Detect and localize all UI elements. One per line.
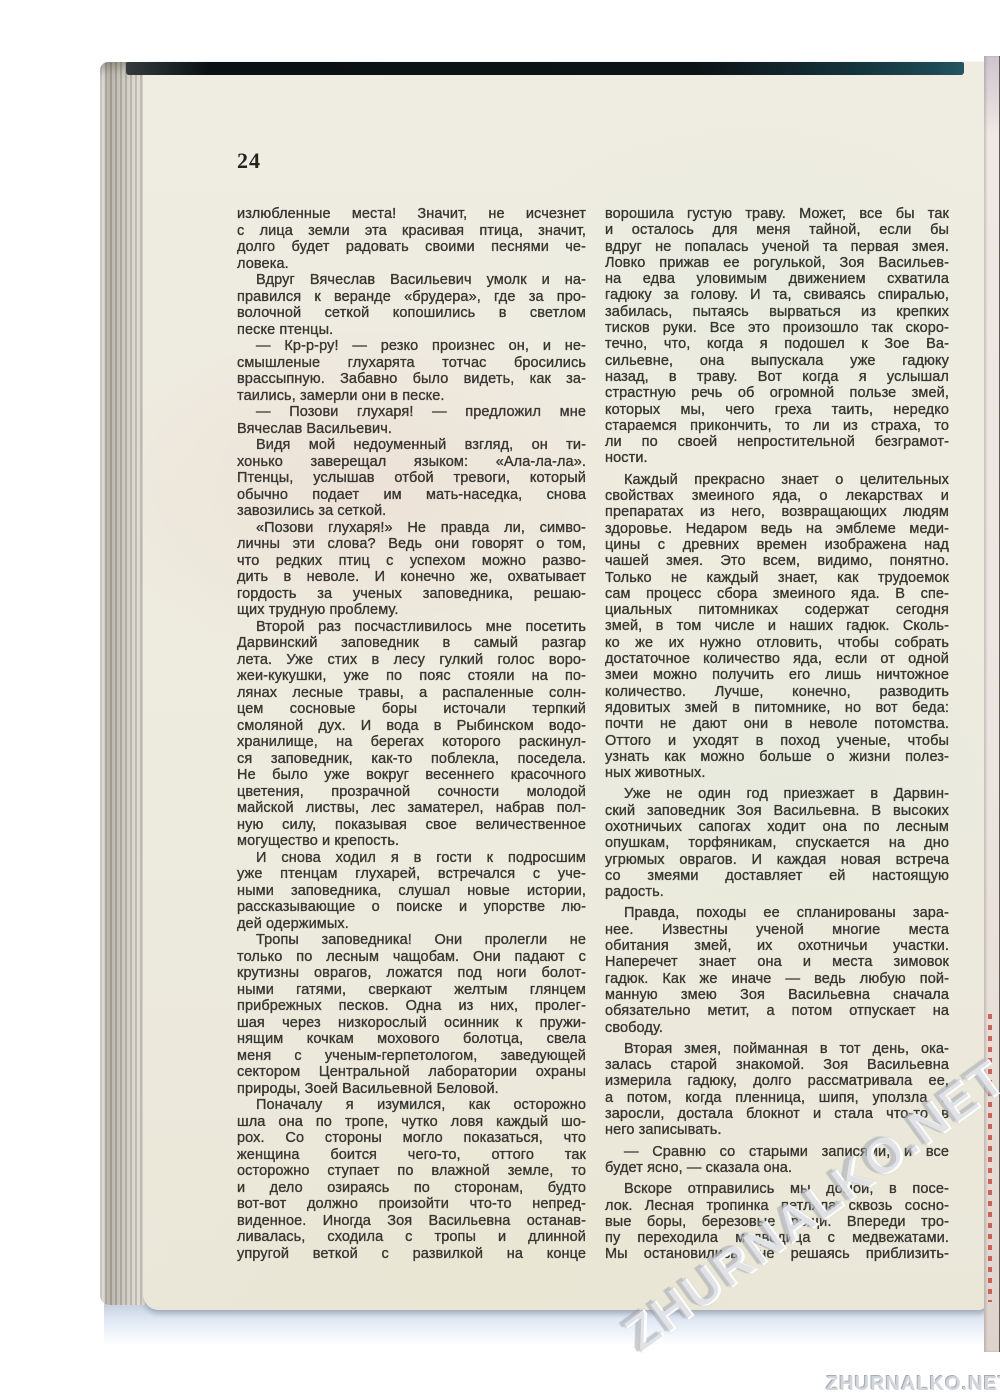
paragraph: Правда, походы ее спланированы зара-нее.…	[605, 905, 949, 1035]
text-line: дить в неволе. И конечно же, охватывает	[237, 569, 586, 586]
text-line: Уже не один год приезжает в Дарвин-	[605, 786, 949, 802]
paragraph: — Сравню со старыми записями, и всебудет…	[605, 1144, 949, 1177]
text-line: сектором Центральной лаборатории охраны	[237, 1064, 586, 1081]
text-line: ядовитых змей в питомнике, но вот беда:	[605, 700, 949, 716]
text-line: свободу.	[605, 1020, 949, 1036]
text-line: И снова ходил я в гости к подросшим	[237, 850, 586, 867]
text-line: опушкам, торфяникам, спускается на дно	[605, 835, 949, 851]
text-line: ский заповедник Зоя Васильевна. В высоки…	[605, 803, 949, 819]
text-line: нее. Известны ученой многие места	[605, 922, 949, 938]
text-line: залась старой знакомой. Зоя Васильевна	[605, 1057, 949, 1073]
paragraph: излюбленные места! Значит, не исчезнетс …	[237, 206, 586, 272]
text-line: обычно подает им мать-наседка, снова	[237, 487, 586, 504]
text-line: Каждый прекрасно знает о целительных	[605, 472, 949, 488]
text-line: Мы остановились, не решаясь приблизить-	[605, 1246, 949, 1262]
text-line: ливалась, сходила с тропы и длинной	[237, 1229, 586, 1246]
text-line: угрюмых оврагов. И каждая новая встреча	[605, 852, 949, 868]
text-line: стараемся прикончить, то ли из страха, т…	[605, 418, 949, 434]
text-line: с лица земли эта красивая птица, значит,	[237, 223, 586, 240]
text-line: крутизны оврагов, ложатся под ноги болот…	[237, 965, 586, 982]
text-line: волочной сеткой копошились в светлом	[237, 305, 586, 322]
text-line: заросли, достала блокнот и стала что-то …	[605, 1106, 949, 1122]
text-line: Правда, походы ее спланированы зара-	[605, 905, 949, 921]
text-line: узнать как можно больше о жизни полез-	[605, 749, 949, 765]
text-line: завозились за сеткой.	[237, 503, 586, 520]
paragraph: Вторая змея, пойманная в тот день, ока-з…	[605, 1041, 949, 1139]
text-line: количество. Лучше, конечно, разводить	[605, 684, 949, 700]
text-line: ся заповедник, как-то поблекла, поседела…	[237, 751, 586, 768]
paragraph: — Кр-р-ру! — резко произнес он, и не-смы…	[237, 338, 586, 404]
text-line: могущество и крепость.	[237, 833, 586, 850]
book-spine-edge	[100, 62, 146, 1305]
text-line: гордость за ученых заповедника, решаю-	[237, 586, 586, 603]
paragraph: ворошила густую траву. Может, все бы так…	[605, 206, 949, 467]
paragraph: Уже не один год приезжает в Дарвин-ский …	[605, 786, 949, 900]
paragraph: Второй раз посчастливилось мне посетитьД…	[237, 619, 586, 850]
text-line: ными заповедника, слушал новые истории,	[237, 883, 586, 900]
text-line: шла она по тропе, чутко ловя каждый шо-	[237, 1114, 586, 1131]
text-line: ворошила густую траву. Может, все бы так	[605, 206, 949, 222]
paragraph: «Позови глухаря!» Не правда ли, симво-ли…	[237, 520, 586, 619]
text-line: лета. Уже стих в лесу гулкий голос воро-	[237, 652, 586, 669]
text-line: змеи можно получить его лишь ничтожное	[605, 667, 949, 683]
text-line: ную силу, показывая свое величественное	[237, 817, 586, 834]
text-line: гадюк. Как же иначе — ведь любую пой-	[605, 971, 949, 987]
text-line: — Сравню со старыми записями, и все	[605, 1144, 949, 1160]
text-line: циальных питомниках содержат сегодня	[605, 602, 949, 618]
paragraph: — Позови глухаря! — предложил мнеВячесла…	[237, 404, 586, 437]
text-line: прибрежных песков. Одна из них, пролег-	[237, 998, 586, 1015]
text-line: рассказывающие о поиске и упорстве лю-	[237, 899, 586, 916]
text-line: осторожно ступает по влажной земле, то	[237, 1163, 586, 1180]
text-line: правился к веранде «брудера», где за про…	[237, 289, 586, 306]
text-line: измерила гадюку, долго рассматривала ее,	[605, 1073, 949, 1089]
text-line: Видя мой недоуменный взгляд, он ти-	[237, 437, 586, 454]
watermark-bottom-right: ZHURNALKO.NET	[826, 1373, 1000, 1396]
text-line: страстную речь об огромной пользе змей,	[605, 385, 949, 401]
text-line: личны эти слова? Ведь они говорят о том,	[237, 536, 586, 553]
text-line: Вдруг Вячеслав Васильевич умолк и на-	[237, 272, 586, 289]
text-line: ли по своей непростительной безграмот-	[605, 434, 949, 450]
text-line: хранилище, на берегах которого раскинул-	[237, 734, 586, 751]
paragraph: Вдруг Вячеслав Васильевич умолк и на-пра…	[237, 272, 586, 338]
text-line: упругой веткой с развилкой на конце	[237, 1246, 586, 1263]
text-line: излюбленные места! Значит, не исчезнет	[237, 206, 586, 223]
text-line: Вячеслав Васильевич.	[237, 421, 586, 438]
text-line: на едва уловимым движением схватила	[605, 271, 949, 287]
fore-edge-red-marks	[988, 1014, 992, 1302]
text-line: «Позови глухаря!» Не правда ли, симво-	[237, 520, 586, 537]
text-line: почти не дают они в неволе потомства.	[605, 716, 949, 732]
text-line: цем сосновые боры источали терпкий	[237, 701, 586, 718]
text-line: со змеями доставляет ей настоящую	[605, 868, 949, 884]
text-line: ных животных.	[605, 765, 949, 781]
text-line: свойствах змеиного яда, о лекарствах и	[605, 488, 949, 504]
text-line: дей одержимых.	[237, 916, 586, 933]
text-line: вые боры, березовые рощи. Впереди тро-	[605, 1214, 949, 1230]
text-line: песке птенцы.	[237, 322, 586, 339]
text-line: сильевне, она выпускала уже гадюку	[605, 353, 949, 369]
fore-edge	[984, 56, 1000, 1352]
text-line: — Позови глухаря! — предложил мне	[237, 404, 586, 421]
text-line: Тропы заповедника! Они пролегли не	[237, 932, 586, 949]
text-line: него записывать.	[605, 1122, 949, 1138]
text-column-left: излюбленные места! Значит, не исчезнетс …	[237, 206, 586, 1262]
text-line: долго будет радовать своими песнями че-	[237, 239, 586, 256]
text-line: Оттого и уходят в поход ученые, чтобы	[605, 733, 949, 749]
text-line: Не было уже вокруг весеннего красочного	[237, 767, 586, 784]
text-line: Только не каждый знает, как трудоемок	[605, 570, 949, 586]
paragraph: И снова ходил я в гости к подросшимуже п…	[237, 850, 586, 933]
text-line: забилась, пытаясь вырваться из крепких	[605, 304, 949, 320]
text-line: радость.	[605, 884, 949, 900]
text-line: таились, замерли они в песке.	[237, 388, 586, 405]
text-line: вдруг не попалась ученой та первая змея.	[605, 239, 949, 255]
text-line: пу переходила медведица с медвежатами.	[605, 1230, 949, 1246]
text-line: смоляной дух. И вода в Рыбинском водо-	[237, 718, 586, 735]
text-line: сам процесс сбора змеиного яда. В спе-	[605, 586, 949, 602]
paragraph: Видя мой недоуменный взгляд, он ти-хоньк…	[237, 437, 586, 520]
text-line: женщина боится чего-то, оттого так	[237, 1147, 586, 1164]
text-line: жеи-кукушки, уже по пояс стояли на по-	[237, 668, 586, 685]
text-line: достаточное количество яда, если от одно…	[605, 651, 949, 667]
text-line: будет ясно, — сказала она.	[605, 1160, 949, 1176]
text-line: хонько заверещал языком: «Ала-ла-ла».	[237, 454, 586, 471]
text-line: нящим кочкам мохового болотца, свела	[237, 1031, 586, 1048]
text-line: уже птенцам глухарей, встречался с уче-	[237, 866, 586, 883]
text-line: тисков руки. Все это произошло так скоро…	[605, 320, 949, 336]
text-line: назад, в траву. Вот когда я услышал	[605, 369, 949, 385]
text-column-right: ворошила густую траву. Может, все бы так…	[605, 206, 949, 1263]
text-line: Второй раз посчастливилось мне посетить	[237, 619, 586, 636]
text-line: гадюку за голову. И та, свиваясь спираль…	[605, 287, 949, 303]
text-line: ко же их нужно отловить, чтобы собрать	[605, 635, 949, 651]
text-line: обитания змей, их охотничьи участки.	[605, 938, 949, 954]
text-line: майской листвы, лес заматерел, набрав по…	[237, 800, 586, 817]
text-line: Наперечет знает она и места зимовок	[605, 954, 949, 970]
text-line: Вскоре отправились мы домой, в посе-	[605, 1181, 949, 1197]
text-line: природы, Зоей Васильевной Беловой.	[237, 1081, 586, 1098]
text-line: шая через низкорослый осинник к пружи-	[237, 1015, 586, 1032]
text-line: врассыпную. Забавно было видеть, как за-	[237, 371, 586, 388]
scanned-magazine-screenshot: 24 излюбленные места! Значит, не исчезне…	[0, 0, 1000, 1397]
text-line: ловека.	[237, 256, 586, 273]
text-line: здоровье. Недаром ведь на эмблеме меди-	[605, 521, 949, 537]
text-line: и осталось для меня тайной, если бы	[605, 222, 949, 238]
text-line: что редких птиц с успехом можно разво-	[237, 553, 586, 570]
text-line: течно, что, когда я подошел к Зое Ва-	[605, 336, 949, 352]
text-line: цветения, прозрачной сочности молодой	[237, 784, 586, 801]
text-line: ными гатями, сверкают желтым глянцем	[237, 982, 586, 999]
text-line: ности.	[605, 450, 949, 466]
text-line: смышленые глухарята тотчас бросились	[237, 355, 586, 372]
text-line: змей, в том числе и наших гадюк. Сколь-	[605, 618, 949, 634]
text-line: цины с древних времен изображена над	[605, 537, 949, 553]
text-line: и дело озираясь по сторонам, будто	[237, 1180, 586, 1197]
text-line: препаратах из него, возвращающих людям	[605, 504, 949, 520]
text-line: манную змею Зоя Васильевна сначала	[605, 987, 949, 1003]
text-line: щих трудную проблему.	[237, 602, 586, 619]
text-line: Дарвинский заповедник в самый разгар	[237, 635, 586, 652]
text-line: Поначалу я изумился, как осторожно	[237, 1097, 586, 1114]
text-line: чашей змея. Это всем, видимо, понятно.	[605, 553, 949, 569]
page-top-cover-band	[126, 62, 964, 75]
magazine-page: 24 излюбленные места! Значит, не исчезне…	[143, 62, 988, 1310]
text-line: охотничьих сапогах ходит она по лесным	[605, 819, 949, 835]
text-line: меня с ученым-герпетологом, заведующей	[237, 1048, 586, 1065]
text-line: лок. Лесная тропинка петляла сквозь сосн…	[605, 1198, 949, 1214]
text-line: только по лесным чащобам. Они падают с	[237, 949, 586, 966]
paragraph: Вскоре отправились мы домой, в посе-лок.…	[605, 1181, 949, 1262]
text-line: а потом, когда пленница, шипя, уползла в	[605, 1090, 949, 1106]
text-line: — Кр-р-ру! — резко произнес он, и не-	[237, 338, 586, 355]
text-line: виденное. Иногда Зоя Васильевна останав-	[237, 1213, 586, 1230]
text-line: Птенцы, услышав отбой тревоги, который	[237, 470, 586, 487]
page-number: 24	[237, 148, 261, 174]
paragraph: Поначалу я изумился, как осторожношла он…	[237, 1097, 586, 1262]
paragraph: Каждый прекрасно знает о целительныхсвой…	[605, 472, 949, 782]
text-line: Вторая змея, пойманная в тот день, ока-	[605, 1041, 949, 1057]
paragraph: Тропы заповедника! Они пролегли нетолько…	[237, 932, 586, 1097]
text-line: лянах лесные травы, а распаленные солн-	[237, 685, 586, 702]
text-line: вот-вот должно произойти что-то непред-	[237, 1196, 586, 1213]
text-line: которых мы, чего греха таить, нередко	[605, 402, 949, 418]
text-line: Ловко прижав ее рогулькой, Зоя Васильев-	[605, 255, 949, 271]
text-line: рох. Со стороны могло показаться, что	[237, 1130, 586, 1147]
text-line: обязательно метит, а потом отпускает на	[605, 1003, 949, 1019]
